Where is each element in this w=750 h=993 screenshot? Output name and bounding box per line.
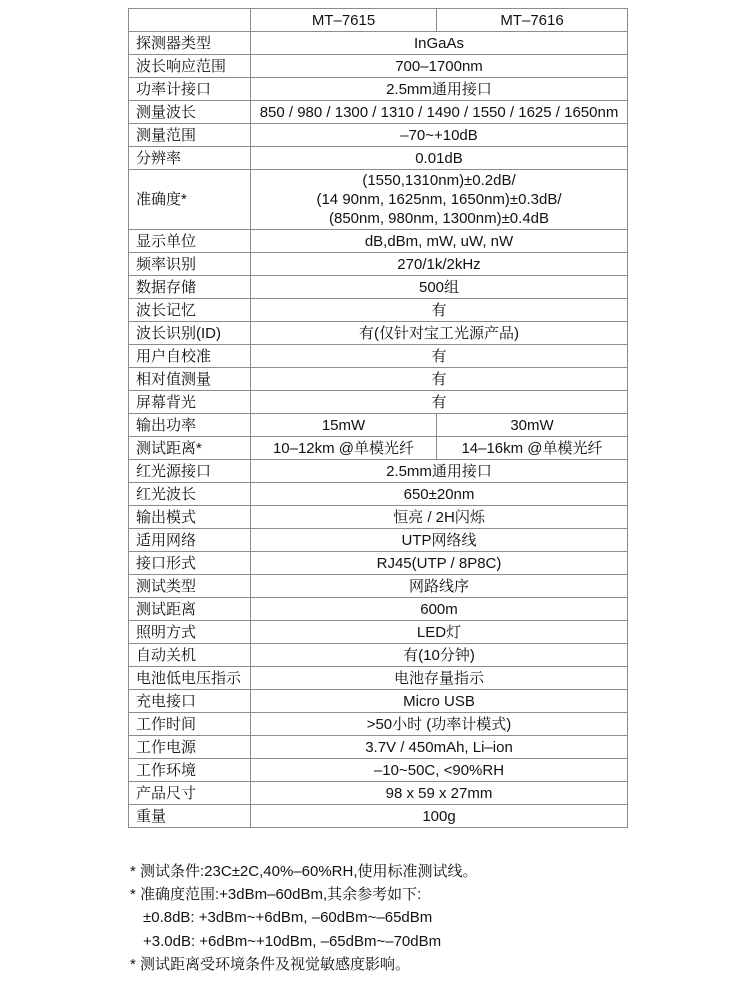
row-label: 自动关机 bbox=[129, 644, 251, 667]
row-label: 测量波长 bbox=[129, 101, 251, 124]
row-value: 3.7V / 450mAh, Li–ion bbox=[251, 736, 628, 759]
row-value: Micro USB bbox=[251, 690, 628, 713]
row-label: 适用网络 bbox=[129, 529, 251, 552]
footnote-line: * 准确度范围:+3dBm–60dBm,其余参考如下: bbox=[130, 883, 635, 906]
row-label: 工作时间 bbox=[129, 713, 251, 736]
table-row: 波长记忆有 bbox=[129, 299, 628, 322]
table-row: 测量范围–70~+10dB bbox=[129, 124, 628, 147]
table-row: 工作电源3.7V / 450mAh, Li–ion bbox=[129, 736, 628, 759]
row-value: 有 bbox=[251, 299, 628, 322]
header-row: MT–7615MT–7616 bbox=[129, 9, 628, 32]
row-label: 显示单位 bbox=[129, 230, 251, 253]
table-row: 工作环境–10~50C, <90%RH bbox=[129, 759, 628, 782]
table-row: 功率计接口2.5mm通用接口 bbox=[129, 78, 628, 101]
table-row: 照明方式LED灯 bbox=[129, 621, 628, 644]
row-label: 测试距离* bbox=[129, 437, 251, 460]
table-row: 充电接口Micro USB bbox=[129, 690, 628, 713]
row-value: 网路线序 bbox=[251, 575, 628, 598]
footnotes-block: * 测试条件:23C±2C,40%–60%RH,使用标准测试线。* 准确度范围:… bbox=[130, 860, 635, 976]
row-label: 波长记忆 bbox=[129, 299, 251, 322]
row-value: 650±20nm bbox=[251, 483, 628, 506]
model-header-cell: MT–7616 bbox=[437, 9, 628, 32]
table-row: 输出功率15mW30mW bbox=[129, 414, 628, 437]
table-row: 重量100g bbox=[129, 805, 628, 828]
row-label: 功率计接口 bbox=[129, 78, 251, 101]
table-row: 红光波长650±20nm bbox=[129, 483, 628, 506]
footnote-line: +3.0dB: +6dBm~+10dBm, –65dBm~–70dBm bbox=[130, 930, 635, 953]
row-value: –10~50C, <90%RH bbox=[251, 759, 628, 782]
row-value: 850 / 980 / 1300 / 1310 / 1490 / 1550 / … bbox=[251, 101, 628, 124]
row-value: RJ45(UTP / 8P8C) bbox=[251, 552, 628, 575]
row-label: 屏幕背光 bbox=[129, 391, 251, 414]
row-value: 2.5mm通用接口 bbox=[251, 460, 628, 483]
table-row: 波长响应范围700–1700nm bbox=[129, 55, 628, 78]
row-label: 数据存储 bbox=[129, 276, 251, 299]
row-value: 270/1k/2kHz bbox=[251, 253, 628, 276]
row-value: 有 bbox=[251, 368, 628, 391]
row-label: 测量范围 bbox=[129, 124, 251, 147]
row-value: 有(10分钟) bbox=[251, 644, 628, 667]
header-empty-cell bbox=[129, 9, 251, 32]
spec-table: MT–7615MT–7616探测器类型InGaAs波长响应范围700–1700n… bbox=[128, 8, 628, 828]
row-value: 10–12km @单模光纤 bbox=[251, 437, 437, 460]
row-label: 工作电源 bbox=[129, 736, 251, 759]
row-label: 波长响应范围 bbox=[129, 55, 251, 78]
row-label: 充电接口 bbox=[129, 690, 251, 713]
row-label: 输出功率 bbox=[129, 414, 251, 437]
table-row: 探测器类型InGaAs bbox=[129, 32, 628, 55]
table-row: 数据存储500组 bbox=[129, 276, 628, 299]
row-label: 相对值测量 bbox=[129, 368, 251, 391]
row-value: 14–16km @单模光纤 bbox=[437, 437, 628, 460]
row-label: 分辨率 bbox=[129, 147, 251, 170]
table-row: 波长识别(ID)有(仅针对宝工光源产品) bbox=[129, 322, 628, 345]
table-row: 测试类型网路线序 bbox=[129, 575, 628, 598]
table-row: 产品尺寸98 x 59 x 27mm bbox=[129, 782, 628, 805]
table-row: 分辨率0.01dB bbox=[129, 147, 628, 170]
row-value: 有 bbox=[251, 391, 628, 414]
table-row: 电池低电压指示电池存量指示 bbox=[129, 667, 628, 690]
row-value: >50小时 (功率计模式) bbox=[251, 713, 628, 736]
row-label: 重量 bbox=[129, 805, 251, 828]
row-value: 700–1700nm bbox=[251, 55, 628, 78]
row-label: 电池低电压指示 bbox=[129, 667, 251, 690]
row-label: 测试类型 bbox=[129, 575, 251, 598]
row-label: 探测器类型 bbox=[129, 32, 251, 55]
row-value: UTP网络线 bbox=[251, 529, 628, 552]
model-header-cell: MT–7615 bbox=[251, 9, 437, 32]
row-value: 600m bbox=[251, 598, 628, 621]
row-label: 红光波长 bbox=[129, 483, 251, 506]
table-row: 测试距离*10–12km @单模光纤14–16km @单模光纤 bbox=[129, 437, 628, 460]
row-value: 恒亮 / 2H闪烁 bbox=[251, 506, 628, 529]
row-value: 电池存量指示 bbox=[251, 667, 628, 690]
spec-table-container: MT–7615MT–7616探测器类型InGaAs波长响应范围700–1700n… bbox=[128, 8, 628, 828]
table-row: 屏幕背光有 bbox=[129, 391, 628, 414]
table-row: 显示单位dB,dBm, mW, uW, nW bbox=[129, 230, 628, 253]
row-value: InGaAs bbox=[251, 32, 628, 55]
table-row: 用户自校准有 bbox=[129, 345, 628, 368]
spec-table-body: MT–7615MT–7616探测器类型InGaAs波长响应范围700–1700n… bbox=[129, 9, 628, 828]
row-label: 波长识别(ID) bbox=[129, 322, 251, 345]
table-row: 输出模式恒亮 / 2H闪烁 bbox=[129, 506, 628, 529]
row-value: –70~+10dB bbox=[251, 124, 628, 147]
footnote-line: ±0.8dB: +3dBm~+6dBm, –60dBm~–65dBm bbox=[130, 906, 635, 929]
table-row: 频率识别270/1k/2kHz bbox=[129, 253, 628, 276]
row-label: 接口形式 bbox=[129, 552, 251, 575]
table-row: 测量波长850 / 980 / 1300 / 1310 / 1490 / 155… bbox=[129, 101, 628, 124]
row-value: dB,dBm, mW, uW, nW bbox=[251, 230, 628, 253]
row-value: 500组 bbox=[251, 276, 628, 299]
table-row: 适用网络UTP网络线 bbox=[129, 529, 628, 552]
table-row: 相对值测量有 bbox=[129, 368, 628, 391]
spec-sheet-page: MT–7615MT–7616探测器类型InGaAs波长响应范围700–1700n… bbox=[0, 0, 750, 993]
row-value: 0.01dB bbox=[251, 147, 628, 170]
row-label: 准确度* bbox=[129, 170, 251, 230]
row-value: 2.5mm通用接口 bbox=[251, 78, 628, 101]
table-row: 自动关机有(10分钟) bbox=[129, 644, 628, 667]
row-label: 测试距离 bbox=[129, 598, 251, 621]
row-label: 输出模式 bbox=[129, 506, 251, 529]
row-label: 产品尺寸 bbox=[129, 782, 251, 805]
row-value: 100g bbox=[251, 805, 628, 828]
row-value: 有 bbox=[251, 345, 628, 368]
row-label: 频率识别 bbox=[129, 253, 251, 276]
row-label: 红光源接口 bbox=[129, 460, 251, 483]
table-row: 测试距离600m bbox=[129, 598, 628, 621]
row-label: 用户自校准 bbox=[129, 345, 251, 368]
footnote-line: * 测试条件:23C±2C,40%–60%RH,使用标准测试线。 bbox=[130, 860, 635, 883]
footnote-line: * 测试距离受环境条件及视觉敏感度影响。 bbox=[130, 953, 635, 976]
row-value: 98 x 59 x 27mm bbox=[251, 782, 628, 805]
row-label: 工作环境 bbox=[129, 759, 251, 782]
row-value: (1550,1310nm)±0.2dB/ (14 90nm, 1625nm, 1… bbox=[251, 170, 628, 230]
row-value: LED灯 bbox=[251, 621, 628, 644]
row-value: 15mW bbox=[251, 414, 437, 437]
row-value: 30mW bbox=[437, 414, 628, 437]
table-row: 接口形式RJ45(UTP / 8P8C) bbox=[129, 552, 628, 575]
table-row: 红光源接口2.5mm通用接口 bbox=[129, 460, 628, 483]
table-row: 准确度*(1550,1310nm)±0.2dB/ (14 90nm, 1625n… bbox=[129, 170, 628, 230]
row-label: 照明方式 bbox=[129, 621, 251, 644]
row-value: 有(仅针对宝工光源产品) bbox=[251, 322, 628, 345]
table-row: 工作时间>50小时 (功率计模式) bbox=[129, 713, 628, 736]
